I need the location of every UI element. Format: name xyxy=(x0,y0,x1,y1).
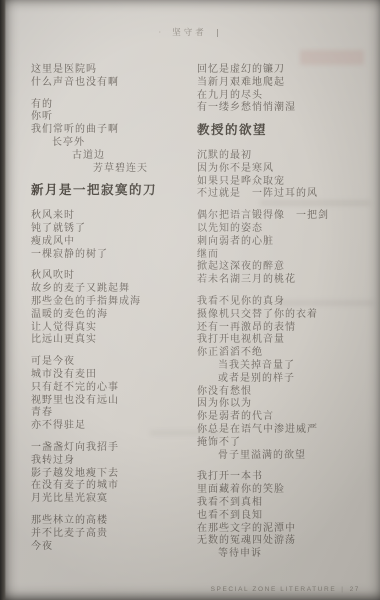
poem-line: 秋风来时 xyxy=(31,210,191,223)
poem-line: 你没有愁恨 xyxy=(197,386,375,399)
poem-line: 你正滔滔不绝 xyxy=(197,347,375,360)
poem-line: 当我关掉音量了 xyxy=(197,360,375,373)
poem-line: 你总是在语气中渗进威严 xyxy=(197,424,375,437)
poem-line: 刺向弱者的心脏 xyxy=(197,236,375,249)
footer-divider: | xyxy=(341,586,344,593)
footer-page-number: 27 xyxy=(350,586,360,593)
poem-line: 秋风吹时 xyxy=(31,270,191,283)
poem-line: 不过就是 一阵过耳的风 xyxy=(197,188,375,201)
poem-line: 古道边 xyxy=(31,150,191,163)
poem-stanza: 秋风吹时故乡的麦子又跳起舞那些金色的手指舞成海温暖的麦色的海让人觉得真实比远山更… xyxy=(31,270,191,347)
poem-line: 城市没有麦田 xyxy=(31,369,191,382)
poem-line: 回忆是虚幻的镰刀 xyxy=(197,64,375,77)
running-head-divider: | xyxy=(217,27,222,37)
poem-line: 长亭外 xyxy=(31,137,191,150)
poem-line: 我看不到真相 xyxy=(197,497,375,510)
poem-line: 月光比星光寂寞 xyxy=(31,493,191,506)
poem-stanza: 这里是医院吗什么声音也没有啊 xyxy=(31,64,191,90)
poem-line: 亦不得驻足 xyxy=(31,420,191,433)
poem-stanza: 我打开一本书里面藏着你的笑脸我看不到真相也看不到良知在那些文字的泥潭中无数的冤魂… xyxy=(197,471,375,561)
poem-line: 我们常听的曲子啊 xyxy=(31,124,191,137)
poem-line: 并不比麦子高贵 xyxy=(31,528,191,541)
poem-line: 或者是别的样子 xyxy=(197,373,375,386)
poem-stanza: 那些林立的高楼并不比麦子高贵今夜 xyxy=(31,515,191,553)
running-head: ·坚守者| xyxy=(0,26,380,38)
poem-line: 里面藏着你的笑脸 xyxy=(197,484,375,497)
poem-stanza: 一盏盏灯向我招手我转过身影子越发地瘦下去在没有麦子的城市月光比星光寂寞 xyxy=(31,442,191,506)
poem-stanza: 回忆是虚幻的镰刀当新月艰难地爬起在九月的尽头有一缕乡愁悄悄潮湿 xyxy=(197,64,375,115)
poem-line: 你是弱者的代言 xyxy=(197,411,375,424)
poem-line: 摄像机只交替了你的衣着 xyxy=(197,309,375,322)
poem-line: 在九月的尽头 xyxy=(197,90,375,103)
poem-line: 骨子里溢满的欲望 xyxy=(197,450,375,463)
poem-line: 这里是医院吗 xyxy=(31,64,191,77)
poem-line: 今夜 xyxy=(31,541,191,554)
poem-line: 我打开电视机音量 xyxy=(197,334,375,347)
poem-stanza: 沉默的最初因为你不是寒风如果只是哗众取宠不过就是 一阵过耳的风 xyxy=(197,150,375,201)
poem-line: 我看不见你的真身 xyxy=(197,296,375,309)
poem-line: 也看不到良知 xyxy=(197,510,375,523)
poem-line: 只有赶不完的心事 xyxy=(31,382,191,395)
poem-line: 那些金色的手指舞成海 xyxy=(31,296,191,309)
poem-stanza: 偶尔把语言锻得像 一把剑以先知的姿态刺向弱者的心脏继而掀起这深夜的醉意若未名湖三… xyxy=(197,210,375,287)
poem-line: 沉默的最初 xyxy=(197,150,375,163)
page-showthrough xyxy=(300,50,364,65)
poem-stanza: 可是今夜城市没有麦田只有赶不完的心事视野里也没有远山青春亦不得驻足 xyxy=(31,356,191,433)
poem-line: 偶尔把语言锻得像 一把剑 xyxy=(197,210,375,223)
poem-line: 钝了就锈了 xyxy=(31,223,191,236)
poem-line: 温暖的麦色的海 xyxy=(31,309,191,322)
poem-line: 有的 xyxy=(31,99,191,112)
poem-line: 以先知的姿态 xyxy=(197,223,375,236)
poem-line: 什么声音也没有啊 xyxy=(31,77,191,90)
running-head-title: 坚守者 xyxy=(172,27,207,37)
poem-line: 等待申诉 xyxy=(197,548,375,561)
poem-column-left: 这里是医院吗什么声音也没有啊有的你听我们常听的曲子啊长亭外古道边芳草碧连天新月是… xyxy=(31,64,191,562)
poem-line: 视野里也没有远山 xyxy=(31,395,191,408)
running-head-tick: · xyxy=(158,27,164,37)
poem-stanza: 有的你听我们常听的曲子啊长亭外古道边芳草碧连天 xyxy=(31,99,191,176)
poem-line: 掩饰不了 xyxy=(197,437,375,450)
poem-line: 你听 xyxy=(31,111,191,124)
poem-line: 我转过身 xyxy=(31,455,191,468)
poem-title: 新月是一把寂寞的刀 xyxy=(31,184,191,197)
poem-line: 影子越发地瘦下去 xyxy=(31,468,191,481)
poem-line: 掀起这深夜的醉意 xyxy=(197,261,375,274)
poem-line: 在没有麦子的城市 xyxy=(31,480,191,493)
poem-line: 如果只是哗众取宠 xyxy=(197,176,375,189)
page-footer: SPECIAL ZONE LITERATURE|27 xyxy=(211,586,360,593)
book-page: ·坚守者| 这里是医院吗什么声音也没有啊有的你听我们常听的曲子啊长亭外古道边芳草… xyxy=(0,0,380,600)
poem-line: 若未名湖三月的桃花 xyxy=(197,274,375,287)
poem-line: 因为你不是寒风 xyxy=(197,163,375,176)
poem-line: 那些林立的高楼 xyxy=(31,515,191,528)
poem-line: 因为你以为 xyxy=(197,398,375,411)
poem-line: 还有一再激昂的表情 xyxy=(197,322,375,335)
poem-line: 当新月艰难地爬起 xyxy=(197,77,375,90)
poem-line: 比远山更真实 xyxy=(31,334,191,347)
poem-line: 一棵寂静的树了 xyxy=(31,249,191,262)
poem-line: 无数的冤魂四处游荡 xyxy=(197,535,375,548)
poem-line: 有一缕乡愁悄悄潮湿 xyxy=(197,102,375,115)
poem-column-right: 回忆是虚幻的镰刀当新月艰难地爬起在九月的尽头有一缕乡愁悄悄潮湿教授的欲望沉默的最… xyxy=(197,64,375,570)
page-gutter-shadow xyxy=(0,0,6,600)
poem-line: 芳草碧连天 xyxy=(31,163,191,176)
poem-line: 让人觉得真实 xyxy=(31,322,191,335)
poem-line: 在那些文字的泥潭中 xyxy=(197,523,375,536)
poem-title: 教授的欲望 xyxy=(197,124,375,137)
poem-stanza: 我看不见你的真身摄像机只交替了你的衣着还有一再激昂的表情我打开电视机音量你正滔滔… xyxy=(197,296,375,462)
poem-line: 我打开一本书 xyxy=(197,471,375,484)
poem-line: 一盏盏灯向我招手 xyxy=(31,442,191,455)
poem-line: 青春 xyxy=(31,407,191,420)
poem-line: 故乡的麦子又跳起舞 xyxy=(31,283,191,296)
poem-stanza: 秋风来时钝了就锈了瘦成风中一棵寂静的树了 xyxy=(31,210,191,261)
footer-journal-label: SPECIAL ZONE LITERATURE xyxy=(211,586,337,593)
poem-line: 瘦成风中 xyxy=(31,236,191,249)
poem-line: 可是今夜 xyxy=(31,356,191,369)
poem-line: 继而 xyxy=(197,249,375,262)
